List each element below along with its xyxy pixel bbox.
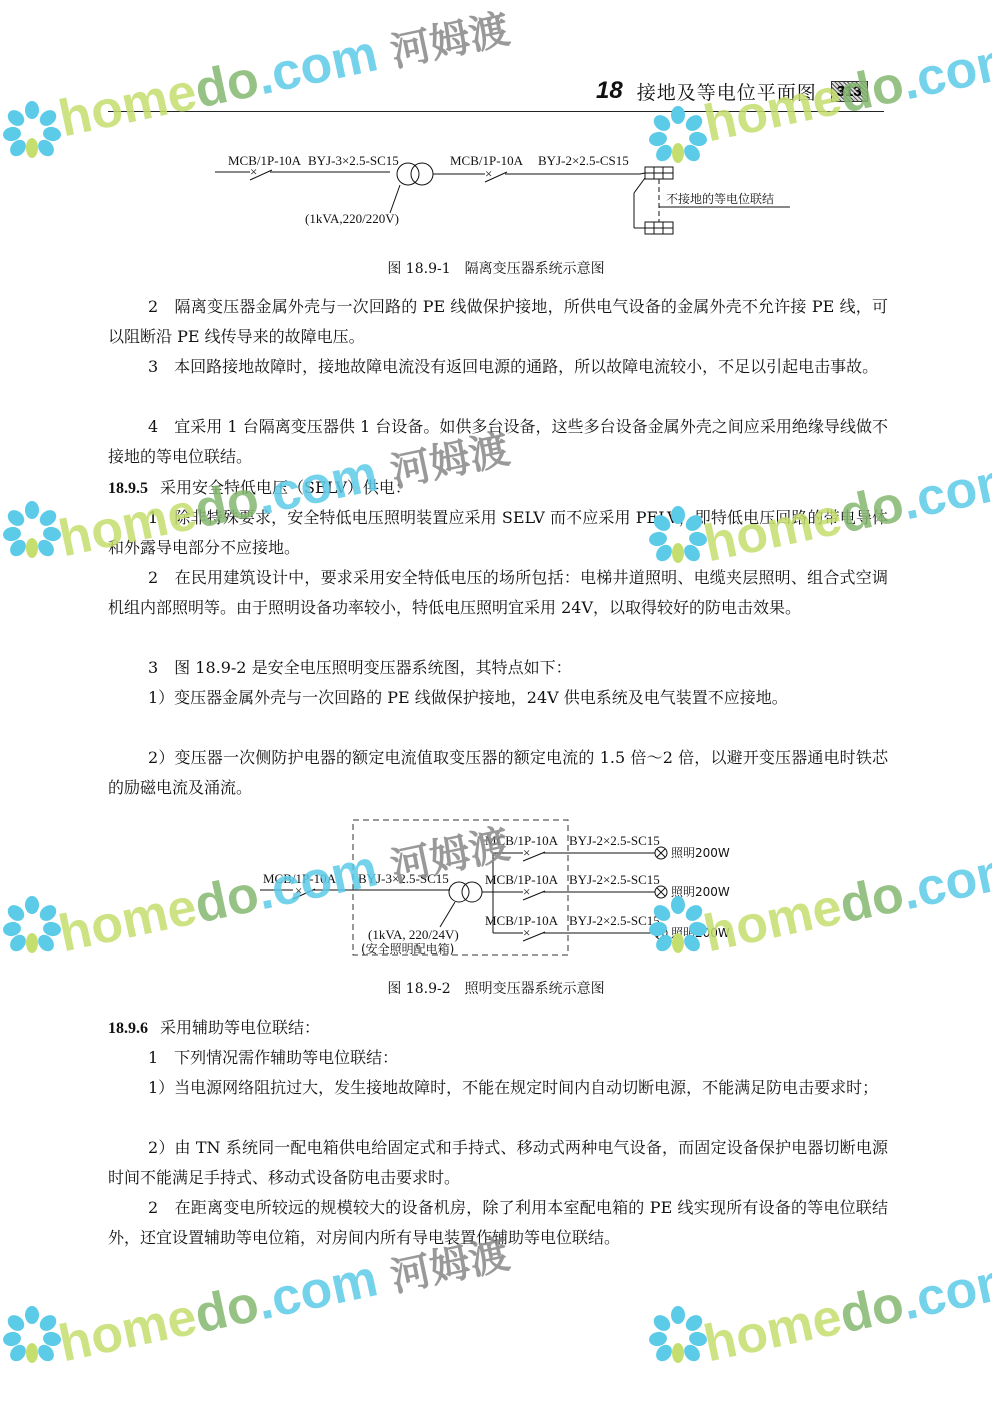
homedo-flower-logo-icon	[2, 1305, 62, 1365]
section-18-9-5-heading: 18.9.5采用安全特低电压（SELV）供电：	[108, 473, 888, 504]
paragraph-aux-2: 2 在距离变电所较远的规模较大的设备机房，除了利用本室配电箱的 PE 线实现所有…	[108, 1193, 888, 1253]
paragraph-isolation-4: 4 宜采用 1 台隔离变压器供 1 台设备。如供多台设备，这些多台设备金属外壳之…	[108, 412, 888, 472]
figure-18-9-2-caption: 图 18.9-2 照明变压器系统示意图	[0, 978, 992, 998]
svg-text:BYJ-3×2.5-SC15: BYJ-3×2.5-SC15	[308, 153, 399, 168]
chapter-title: 接地及等电位平面图	[637, 78, 817, 105]
svg-text:(安全照明配电箱): (安全照明配电箱)	[361, 941, 454, 956]
paragraph-selv-3-1: 1）变压器金属外壳与一次回路的 PE 线做保护接地，24V 供电系统及电气装置不…	[108, 683, 888, 713]
figure-18-9-1-diagram: × MCB/1P-10A BYJ-3×2.5-SC15 (1kVA,220/22…	[210, 145, 810, 245]
chapter-number: 18	[596, 77, 623, 105]
watermark: homedo.com 河姆渡	[54, 0, 515, 149]
svg-text:MCB/1P-10A: MCB/1P-10A	[485, 913, 559, 928]
homedo-flower-logo-icon	[648, 1305, 708, 1365]
section-number: 18.9.6	[108, 1020, 148, 1037]
svg-text:照明200W: 照明200W	[671, 846, 730, 860]
svg-text:BYJ-2×2.5-CS15: BYJ-2×2.5-CS15	[538, 153, 629, 168]
svg-text:BYJ-3×2.5-SC15: BYJ-3×2.5-SC15	[358, 871, 449, 886]
homedo-flower-logo-icon	[648, 895, 708, 955]
svg-text:MCB/1P-10A: MCB/1P-10A	[485, 872, 559, 887]
svg-text:MCB/1P-10A: MCB/1P-10A	[228, 153, 302, 168]
page-number: 313	[831, 81, 868, 102]
homedo-flower-logo-icon	[2, 895, 62, 955]
paragraph-isolation-2: 2 隔离变压器金属外壳与一次回路的 PE 线做保护接地，所供电气设备的金属外壳不…	[108, 292, 888, 352]
svg-text:BYJ-2×2.5-SC15: BYJ-2×2.5-SC15	[569, 872, 660, 887]
paragraph-aux-1-2: 2）由 TN 系统同一配电箱供电给固定式和手持式、移动式两种电气设备，而固定设备…	[108, 1133, 888, 1193]
running-header: 18 接地及等电位平面图 313	[596, 76, 868, 106]
homedo-flower-logo-icon	[2, 100, 62, 160]
paragraph-selv-3: 3 图 18.9-2 是安全电压照明变压器系统图，其特点如下：	[108, 653, 888, 683]
section-title: 采用安全特低电压（SELV）供电：	[160, 478, 411, 497]
paragraph-aux-1-1: 1）当电源网络阻抗过大，发生接地故障时，不能在规定时间内自动切断电源，不能满足防…	[108, 1073, 888, 1103]
watermark: homedo.com	[699, 1248, 992, 1374]
homedo-flower-logo-icon	[648, 505, 708, 565]
svg-text:(1kVA, 220/24V): (1kVA, 220/24V)	[368, 927, 459, 942]
svg-text:不接地的等电位联结: 不接地的等电位联结	[666, 191, 774, 206]
paragraph-aux-1: 1 下列情况需作辅助等电位联结：	[108, 1043, 888, 1073]
svg-text:×: ×	[485, 166, 492, 181]
paragraph-selv-1: 1 除非特殊要求，安全特低电压照明装置应采用 SELV 而不应采用 PELV，即…	[108, 503, 888, 563]
section-number: 18.9.5	[108, 480, 148, 497]
paragraph-selv-2: 2 在民用建筑设计中，要求采用安全特低电压的场所包括：电梯井道照明、电缆夹层照明…	[108, 563, 888, 623]
homedo-flower-logo-icon	[2, 500, 62, 560]
paragraph-selv-3-2: 2）变压器一次侧防护电器的额定电流值取变压器的额定电流的 1.5 倍～2 倍，以…	[108, 743, 888, 803]
svg-text:MCB/1P-10A: MCB/1P-10A	[485, 833, 559, 848]
svg-text:(1kVA,220/220V): (1kVA,220/220V)	[305, 211, 399, 226]
header-rule	[108, 111, 884, 112]
svg-text:MCB/1P-10A: MCB/1P-10A	[263, 871, 337, 886]
homedo-flower-logo-icon	[648, 105, 708, 165]
section-18-9-6-heading: 18.9.6采用辅助等电位联结：	[108, 1013, 888, 1044]
section-title: 采用辅助等电位联结：	[160, 1018, 320, 1037]
svg-text:BYJ-2×2.5-SC15: BYJ-2×2.5-SC15	[569, 913, 660, 928]
figure-18-9-1-caption: 图 18.9-1 隔离变压器系统示意图	[0, 258, 992, 278]
document-page: 18 接地及等电位平面图 313 × MCB/1P-10A BYJ-3×2.5-…	[0, 0, 992, 1404]
svg-text:MCB/1P-10A: MCB/1P-10A	[450, 153, 524, 168]
svg-text:BYJ-2×2.5-SC15: BYJ-2×2.5-SC15	[569, 833, 660, 848]
paragraph-isolation-3: 3 本回路接地故障时，接地故障电流没有返回电源的通路，所以故障电流较小，不足以引…	[108, 352, 888, 382]
